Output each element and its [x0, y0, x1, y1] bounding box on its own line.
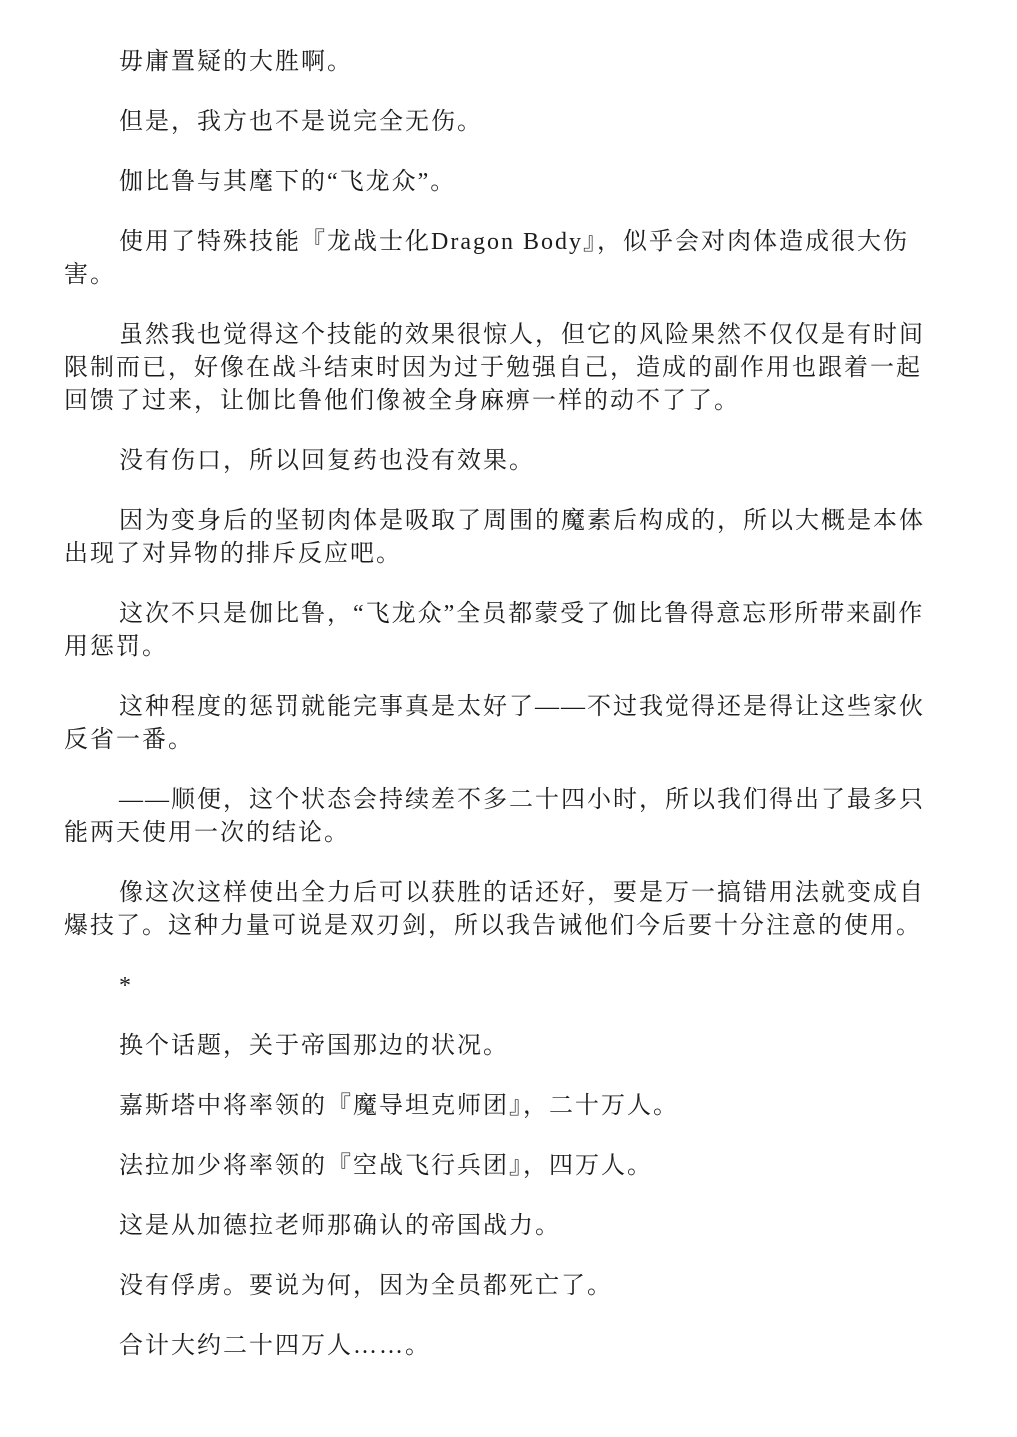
section-separator: * [64, 970, 926, 1003]
paragraph-16: 没有俘虏。要说为何，因为全员都死亡了。 [64, 1270, 926, 1303]
paragraph-14: 法拉加少将率领的『空战飞行兵团』，四万人。 [64, 1150, 926, 1183]
paragraph-03: 伽比鲁与其麾下的“飞龙众”。 [64, 166, 926, 199]
paragraph-06: 没有伤口，所以回复药也没有效果。 [64, 445, 926, 478]
paragraph-02: 但是，我方也不是说完全无伤。 [64, 106, 926, 139]
paragraph-17: 合计大约二十四万人……。 [64, 1330, 926, 1363]
ebook-page: 毋庸置疑的大胜啊。 但是，我方也不是说完全无伤。 伽比鲁与其麾下的“飞龙众”。 … [0, 0, 1017, 1437]
paragraph-12: 换个话题，关于帝国那边的状况。 [64, 1030, 926, 1063]
paragraph-01: 毋庸置疑的大胜啊。 [64, 46, 926, 79]
paragraph-11: 像这次这样使出全力后可以获胜的话还好，要是万一搞错用法就变成自爆技了。这种力量可… [64, 877, 926, 943]
paragraph-13: 嘉斯塔中将率领的『魔导坦克师团』，二十万人。 [64, 1090, 926, 1123]
paragraph-05: 虽然我也觉得这个技能的效果很惊人，但它的风险果然不仅仅是有时间限制而已，好像在战… [64, 319, 926, 418]
paragraph-09: 这种程度的惩罚就能完事真是太好了——不过我觉得还是得让这些家伙反省一番。 [64, 691, 926, 757]
paragraph-10: ——顺便，这个状态会持续差不多二十四小时，所以我们得出了最多只能两天使用一次的结… [64, 784, 926, 850]
paragraph-07: 因为变身后的坚韧肉体是吸取了周围的魔素后构成的，所以大概是本体出现了对异物的排斥… [64, 505, 926, 571]
paragraph-15: 这是从加德拉老师那确认的帝国战力。 [64, 1210, 926, 1243]
paragraph-04: 使用了特殊技能『龙战士化Dragon Body』，似乎会对肉体造成很大伤害。 [64, 226, 926, 292]
paragraph-08: 这次不只是伽比鲁，“飞龙众”全员都蒙受了伽比鲁得意忘形所带来副作用惩罚。 [64, 598, 926, 664]
